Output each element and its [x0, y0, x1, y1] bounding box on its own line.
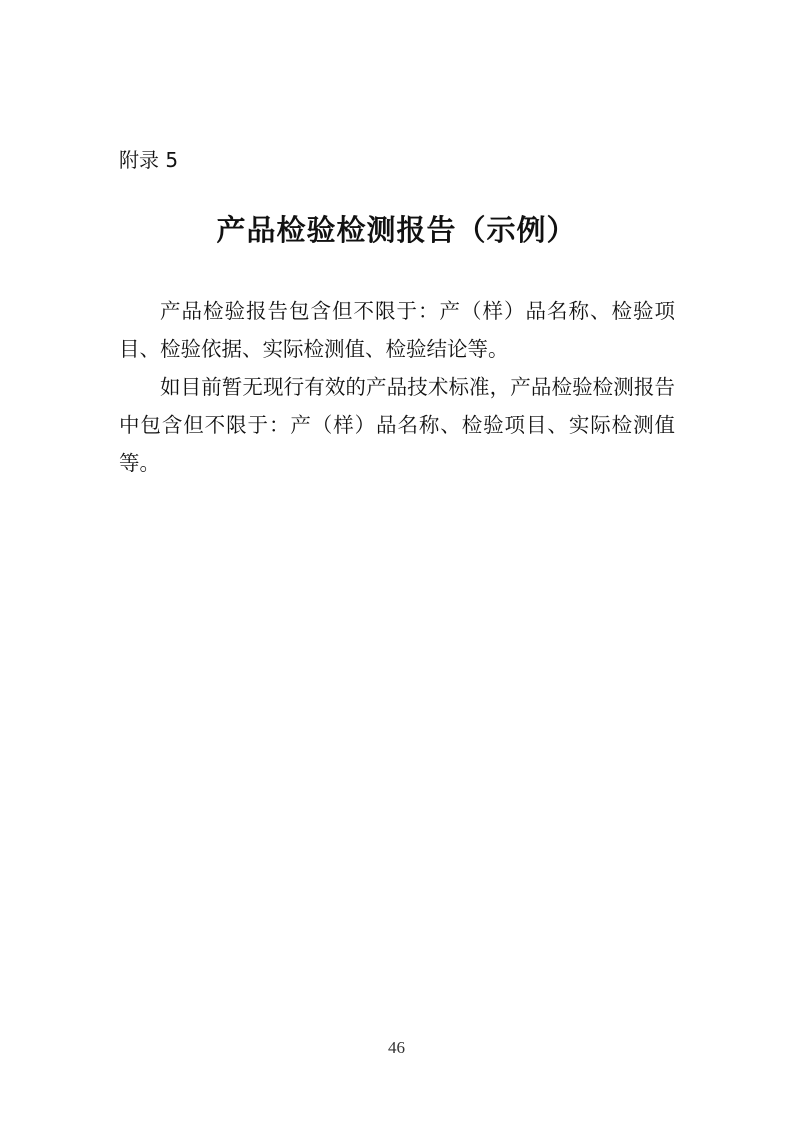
document-page: 附录 5 产品检验检测报告（示例） 产品检验报告包含但不限于：产（样）品名称、检…	[0, 0, 793, 1122]
paragraph-1: 产品检验报告包含但不限于：产（样）品名称、检验项目、检验依据、实际检测值、检验结…	[119, 292, 675, 368]
appendix-label: 附录 5	[119, 146, 178, 174]
paragraph-2: 如目前暂无现行有效的产品技术标准，产品检验检测报告中包含但不限于：产（样）品名称…	[119, 368, 675, 482]
document-title: 产品检验检测报告（示例）	[0, 210, 793, 250]
document-body: 产品检验报告包含但不限于：产（样）品名称、检验项目、检验依据、实际检测值、检验结…	[119, 292, 675, 482]
page-number: 46	[0, 1038, 793, 1058]
